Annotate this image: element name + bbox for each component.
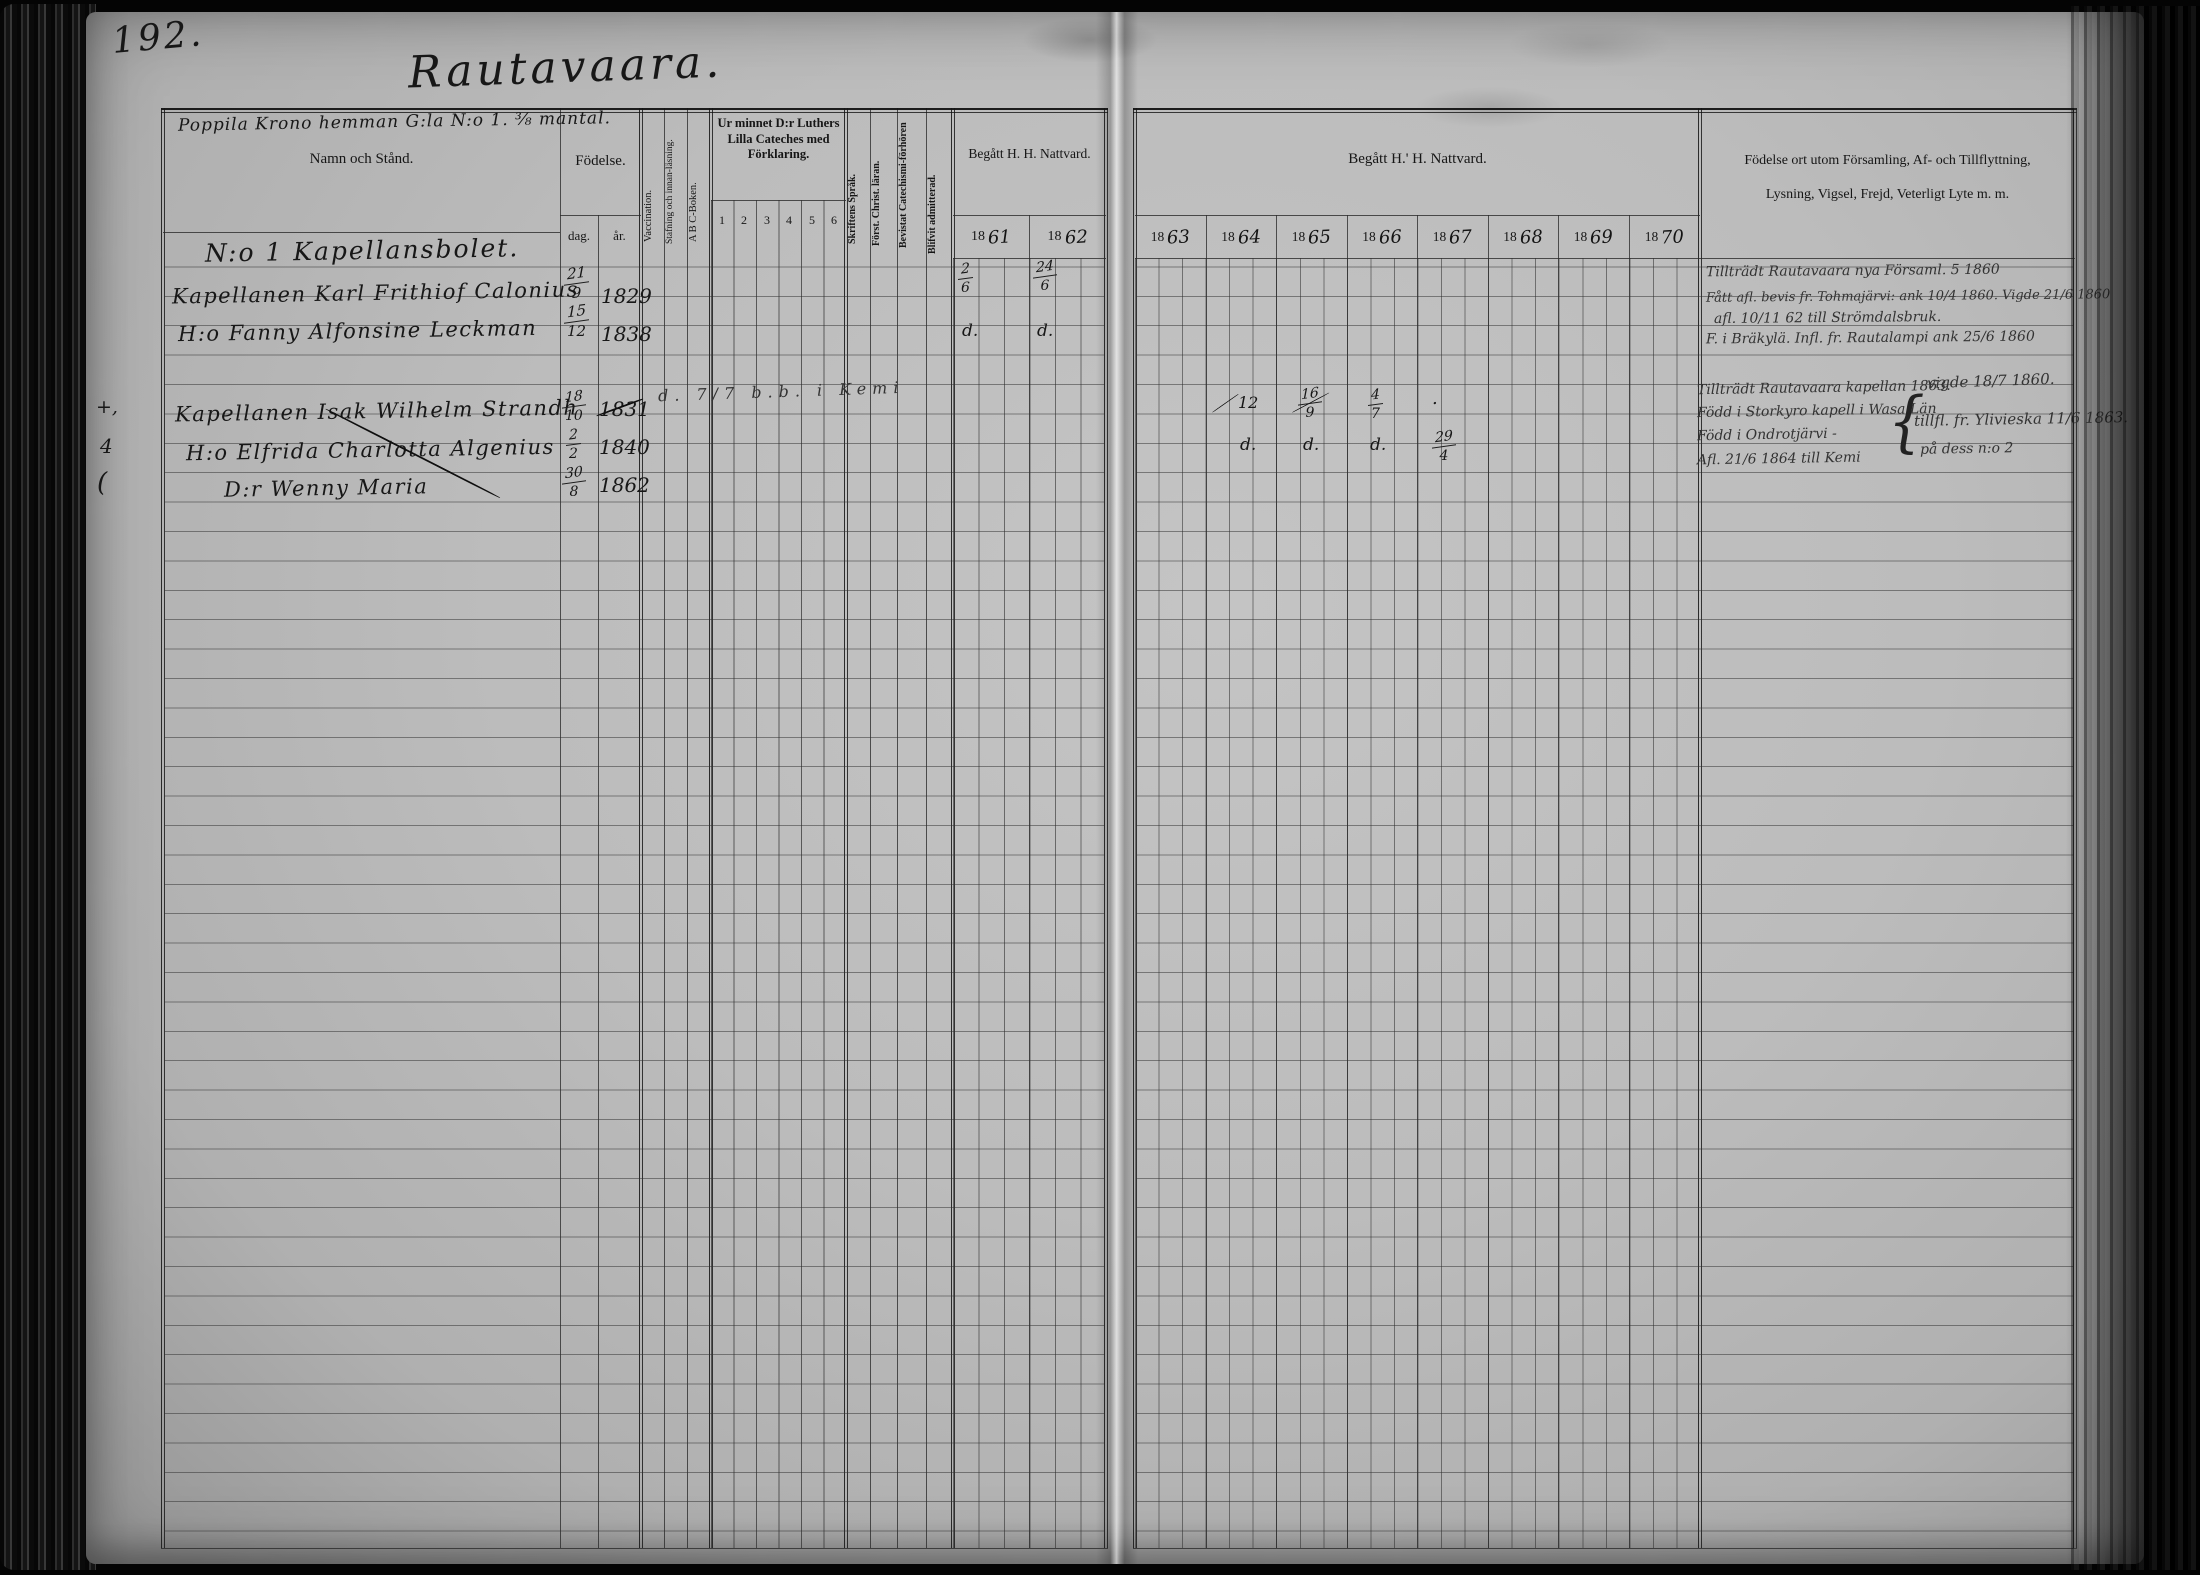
note-line: Afl. 21/6 1864 till Kemi (1697, 451, 1861, 468)
note-line: på dess n:o 2 (1920, 441, 2014, 457)
column-header-year: år. (598, 228, 641, 244)
note-line: afl. 10/11 62 till Strömdalsbruk. (1714, 310, 1941, 326)
cateches-number: 5 (801, 213, 823, 228)
communion-mark-1865: 47 (1368, 388, 1383, 421)
birth-year: 1829 (601, 286, 652, 306)
year-printed: 18 (971, 229, 985, 245)
year-printed: 18 (1048, 229, 1062, 245)
column-header-birth: Födelse. (560, 152, 641, 171)
communion-mark-1866: . (1432, 390, 1438, 408)
margin-mark: ( (97, 470, 107, 496)
year-handwritten: 62 (1064, 226, 1088, 248)
cateches-number: 4 (778, 213, 800, 228)
cateches-number: 2 (733, 213, 755, 228)
communion-mark-1866: 294 (1432, 430, 1456, 463)
year-handwritten: 61 (988, 226, 1012, 248)
scanned-book-spread: 192. Rautavaara. Poppila Krono hemman G:… (0, 0, 2200, 1575)
column-header-day: dag. (560, 228, 598, 244)
year-header-1862: 18 62 (1029, 217, 1106, 257)
table-border (161, 1548, 1108, 1549)
year-header-1863: 1863 (1135, 217, 1206, 257)
paper-stain (1000, 10, 1180, 70)
grid-line (560, 215, 641, 216)
birth-year: 1838 (601, 324, 652, 344)
note-line: Fått afl. bevis fr. Tohmajärvi: ank 10/4… (1706, 288, 2110, 305)
year-header-1861: 18 61 (953, 217, 1029, 257)
communion-mark-1863: d. (1240, 437, 1256, 454)
cateches-number: 1 (711, 213, 733, 228)
table-border (161, 108, 1108, 113)
column-header-stafning: Stafning och innan-läsning. (665, 114, 687, 244)
entry-name: D:r Wenny Maria (224, 476, 429, 501)
communion-mark-1862: 246 (1033, 260, 1057, 293)
note-line: Född i Ondrotjärvi - (1697, 427, 1837, 443)
grid-line (953, 215, 1106, 216)
year-header-1867: 1867 (1417, 217, 1488, 257)
column-header-bevistat: Bevistat Catechismi-förhören (898, 114, 925, 248)
year-header-1864: 1864 (1206, 217, 1276, 257)
table-border (1133, 108, 2077, 113)
column-header-communion: Begått H.' H. Nattvard. (1135, 150, 1700, 169)
column-header-forst: Först. Christ. läran. (871, 114, 896, 246)
communion-mark-1861: 26 (958, 262, 973, 295)
communion-mark-1864: d. (1303, 437, 1319, 454)
year-header-1870: 1870 (1629, 217, 1700, 257)
cateches-number: 6 (823, 213, 845, 228)
column-header-communion: Begått H. H. Nattvard. (953, 146, 1106, 163)
birth-date: 22 (566, 428, 581, 461)
birth-year: 1862 (599, 475, 650, 495)
communion-mark-1863: 12 (1238, 395, 1258, 411)
year-header-1866: 1866 (1347, 217, 1417, 257)
column-header-skriftens: Skriftens Språk. (847, 114, 869, 244)
column-header-cateches: Ur minnet D:r Luthers Lilla Cateches med… (713, 116, 844, 163)
birth-date: 219 (564, 266, 589, 301)
table-border (1133, 1548, 2077, 1549)
birth-date: 1512 (564, 304, 589, 339)
book-edge-right (2066, 6, 2200, 1570)
column-header-notes: Lysning, Vigsel, Frejd, Veterligt Lyte m… (1700, 186, 2075, 204)
book-spine-left (0, 4, 96, 1570)
communion-mark-1861: d. (962, 323, 978, 340)
column-header-name: Namn och Stånd. (163, 150, 560, 169)
note-line: Tillträdt Rautavaara nya Församl. 5 1860 (1706, 263, 2000, 280)
column-header-abc: A B C-Boken. (688, 114, 709, 242)
communion-mark-1865: d. (1370, 437, 1386, 454)
note-line: vigde 18/7 1860. (1927, 372, 2055, 391)
column-header-notes: Födelse ort utom Församling, Af- och Til… (1700, 152, 2075, 170)
note-line: F. i Bräkylä. Infl. fr. Rautalampi ank 2… (1706, 330, 2035, 347)
entry-group-heading: N:o 1 Kapellansbolet. (205, 235, 520, 265)
paper-stain (1480, 15, 1700, 75)
cateches-number: 3 (756, 213, 778, 228)
year-header-1868: 1868 (1488, 217, 1558, 257)
year-header-1865: 1865 (1276, 217, 1347, 257)
grid-line (1135, 215, 1700, 216)
margin-mark: +, (96, 398, 118, 417)
row-lines (1136, 238, 2073, 1548)
page-number: 192. (111, 16, 206, 60)
margin-mark: 4 (100, 436, 113, 456)
birth-year: 1831 (599, 399, 650, 419)
communion-mark-1862: d. (1037, 323, 1053, 340)
column-header-vaccination: Vaccination. (643, 114, 664, 242)
birth-year: 1840 (599, 437, 650, 457)
year-header-1869: 1869 (1558, 217, 1629, 257)
column-header-blifvit: Blifvit admitterad. (927, 114, 950, 254)
birth-date: 308 (562, 466, 586, 499)
page-title: Rautavaara. (407, 41, 724, 96)
birth-date: 1810 (562, 390, 586, 423)
